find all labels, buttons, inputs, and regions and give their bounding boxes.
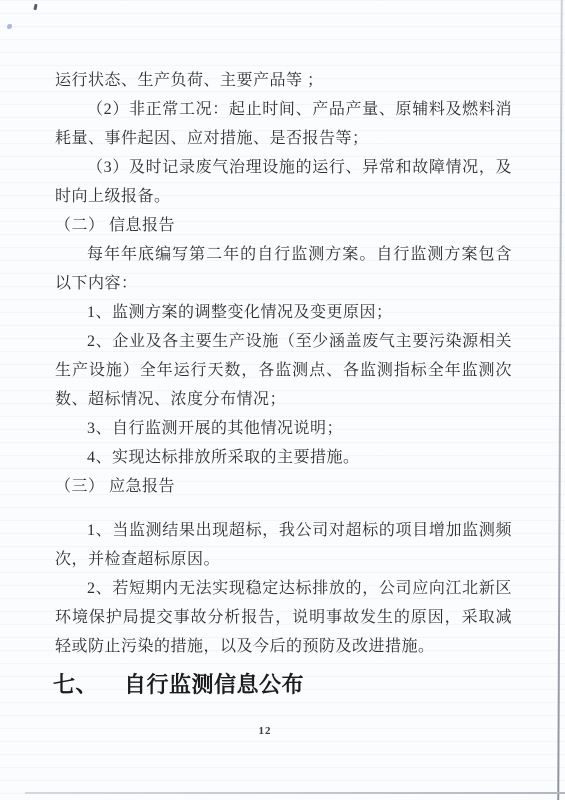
page-footer: 12 <box>55 725 475 737</box>
section-heading-number: 七、 <box>53 670 98 700</box>
paragraph-list-4: 4、实现达标排放所采取的主要措施。 <box>55 443 512 472</box>
scan-ink-mark <box>7 24 12 29</box>
document-body: 运行状态、生产负荷、主要产品等 ； （2）非正常工况：起止时间、产品产量、原辅料… <box>55 66 512 700</box>
paragraph-list-1: 1、监测方案的调整变化情况及变更原因； <box>55 298 512 327</box>
paragraph-emergency-1: 1、当监测结果出现超标，我公司对超标的项目增加监测频次，并检查超标原因。 <box>55 516 512 574</box>
document-page: 运行状态、生产负荷、主要产品等 ； （2）非正常工况：起止时间、产品产量、原辅料… <box>0 0 565 800</box>
subsection-header-info-report: （二） 信息报告 <box>55 211 512 240</box>
scan-edge-right <box>557 0 562 800</box>
paragraph-list-3: 3、自行监测开展的其他情况说明； <box>55 414 512 443</box>
section-heading: 七、 自行监测信息公布 <box>53 670 512 700</box>
scan-edge-bottom <box>25 792 565 794</box>
subsection-header-emergency-report: （三） 应急报告 <box>55 472 512 501</box>
paragraph-emergency-2: 2、若短期内无法实现稳定达标排放的，公司应向江北新区环境保护局提交事故分析报告，… <box>55 574 512 661</box>
section-heading-title: 自行监测信息公布 <box>124 670 304 700</box>
scan-speck <box>33 4 37 10</box>
paragraph-item-2: （2）非正常工况：起止时间、产品产量、原辅料及燃料消耗量、事件起因、应对措施、是… <box>55 95 512 153</box>
paragraph-item-3: （3）及时记录废气治理设施的运行、异常和故障情况，及时向上级报备。 <box>55 153 512 211</box>
paragraph-continuation: 运行状态、生产负荷、主要产品等 ； <box>55 66 512 95</box>
page-number: 12 <box>259 725 272 737</box>
paragraph-list-2: 2、企业及各主要生产设施（至少涵盖废气主要污染源相关生产设施）全年运行天数，各监… <box>55 327 512 414</box>
paragraph-annual-plan: 每年年底编写第二年的自行监测方案。自行监测方案包含以下内容： <box>55 240 512 298</box>
